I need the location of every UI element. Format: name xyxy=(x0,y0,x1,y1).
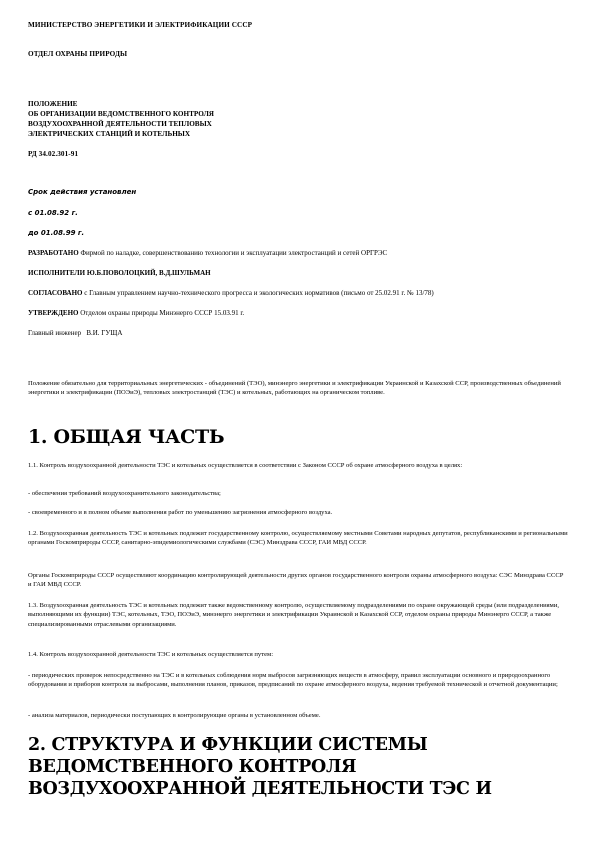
section-2-heading: 2. СТРУКТУРА И ФУНКЦИИ СИСТЕМЫ ВЕДОМСТВЕ… xyxy=(28,734,573,800)
validity-to: до 01.08.99 г. xyxy=(28,229,84,237)
chief-name: В.И. ГУЩА xyxy=(86,329,122,337)
title-line-3: ВОЗДУХООХРАННОЙ ДЕЯТЕЛЬНОСТИ ТЕПЛОВЫХ xyxy=(28,119,214,129)
agreed-with: СОГЛАСОВАНО с Главным управлением научно… xyxy=(28,289,434,297)
performers-label: ИСПОЛНИТЕЛИ xyxy=(28,269,85,277)
bullet-item: - своевременного и в полном объеме выпол… xyxy=(28,508,568,517)
approved-label: УТВЕРЖДЕНО xyxy=(28,309,78,317)
developed-text: Фирмой по наладке, совершенствованию тех… xyxy=(80,249,387,257)
bullet-item: - анализа материалов, периодически посту… xyxy=(28,711,568,720)
paragraph-1-3: 1.3. Воздухоохранная деятельность ТЭС и … xyxy=(28,601,568,629)
agreed-text: с Главным управлением научно-техническог… xyxy=(84,289,433,297)
bullet-item: - обеспечения требований воздухоохраните… xyxy=(28,489,568,498)
approved-by: УТВЕРЖДЕНО Отделом охраны природы Минэне… xyxy=(28,309,244,317)
performers: ИСПОЛНИТЕЛИ Ю.Б.ПОВОЛОЦКИЙ, В.Д.ШУЛЬМАН xyxy=(28,269,211,277)
title-line-4: ЭЛЕКТРИЧЕСКИХ СТАНЦИЙ И КОТЕЛЬНЫХ xyxy=(28,129,214,139)
validity-label: Срок действия установлен xyxy=(28,188,136,196)
title-line-1: ПОЛОЖЕНИЕ xyxy=(28,99,214,109)
agreed-label: СОГЛАСОВАНО xyxy=(28,289,83,297)
paragraph-1-4: 1.4. Контроль воздухоохранной деятельнос… xyxy=(28,650,568,659)
section-1-heading: 1. ОБЩАЯ ЧАСТЬ xyxy=(28,426,224,448)
title-line-2: ОБ ОРГАНИЗАЦИИ ВЕДОМСТВЕННОГО КОНТРОЛЯ xyxy=(28,109,214,119)
approved-text: Отделом охраны природы Минэнерго СССР 15… xyxy=(80,309,244,317)
document-page: МИНИСТЕРСТВО ЭНЕРГЕТИКИ И ЭЛЕКТРИФИКАЦИИ… xyxy=(0,0,595,842)
paragraph-1-2b: Органы Госкомприроды СССР осуществляют к… xyxy=(28,571,568,590)
paragraph-1-2: 1.2. Воздухоохранная деятельность ТЭС и … xyxy=(28,529,568,548)
paragraph-1-1: 1.1. Контроль воздухоохранной деятельнос… xyxy=(28,461,568,470)
intro-paragraph: Положение обязательно для территориальны… xyxy=(28,379,568,398)
department-header: ОТДЕЛ ОХРАНЫ ПРИРОДЫ xyxy=(28,50,127,58)
document-code: РД 34.02.301-91 xyxy=(28,150,78,158)
chief-engineer: Главный инженер В.И. ГУЩА xyxy=(28,329,122,337)
bullet-item: - периодических проверок непосредственно… xyxy=(28,671,568,690)
chief-label: Главный инженер xyxy=(28,329,81,337)
performers-text: Ю.Б.ПОВОЛОЦКИЙ, В.Д.ШУЛЬМАН xyxy=(87,269,211,277)
ministry-header: МИНИСТЕРСТВО ЭНЕРГЕТИКИ И ЭЛЕКТРИФИКАЦИИ… xyxy=(28,21,252,29)
developed-label: РАЗРАБОТАНО xyxy=(28,249,79,257)
developed-by: РАЗРАБОТАНО Фирмой по наладке, совершенс… xyxy=(28,249,387,257)
document-title: ПОЛОЖЕНИЕ ОБ ОРГАНИЗАЦИИ ВЕДОМСТВЕННОГО … xyxy=(28,99,214,139)
validity-from: с 01.08.92 г. xyxy=(28,209,78,217)
